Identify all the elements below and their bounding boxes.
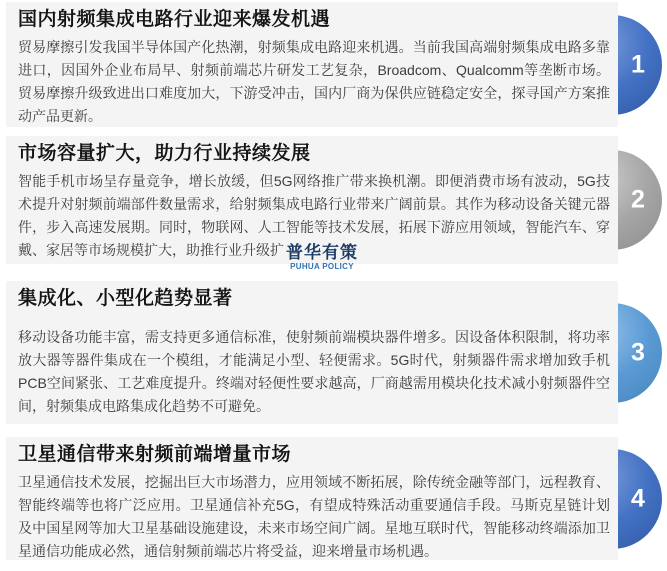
section-3-body: 移动设备功能丰富，需支持更多通信标准，使射频前端模块器件增多。因设备体积限制，将… [12, 326, 612, 418]
section-1-body: 贸易摩擦引发我国半导体国产化热潮，射频集成电路迎来机遇。当前我国高端射频集成电路… [12, 36, 612, 128]
section-1-number: 1 [631, 50, 645, 79]
section-2-body: 智能手机市场呈存量竞争，增长放缓，但5G网络推广带来换机潮。即便消费市场有波动，… [12, 170, 612, 271]
section-1-title: 国内射频集成电路行业迎来爆发机遇 [12, 6, 612, 33]
section-4-body: 卫星通信技术发展，挖掘出巨大市场潜力，应用领域不断拓展，除传统金融等部门，远程教… [12, 471, 612, 563]
section-3: 3 集成化、小型化趋势显著 移动设备功能丰富，需支持更多通信标准，使射频前端模块… [6, 281, 667, 424]
section-3-card: 集成化、小型化趋势显著 移动设备功能丰富，需支持更多通信标准，使射频前端模块器件… [6, 281, 618, 424]
section-2: 2 市场容量扩大，助力行业持续发展 智能手机市场呈存量竞争，增长放缓，但5G网络… [6, 136, 667, 264]
section-1-card: 国内射频集成电路行业迎来爆发机遇 贸易摩擦引发我国半导体国产化热潮，射频集成电路… [6, 2, 618, 127]
puhua-policy-logo: 普华有策PUHUA POLICY [286, 244, 358, 271]
logo-english-text: PUHUA POLICY [286, 263, 358, 271]
section-1: 1 国内射频集成电路行业迎来爆发机遇 贸易摩擦引发我国半导体国产化热潮，射频集成… [6, 2, 667, 127]
section-4-card: 卫星通信带来射频前端增量市场 卫星通信技术发展，挖掘出巨大市场潜力，应用领域不断… [6, 437, 618, 560]
section-2-card: 市场容量扩大，助力行业持续发展 智能手机市场呈存量竞争，增长放缓，但5G网络推广… [6, 136, 618, 264]
section-2-number: 2 [631, 186, 645, 215]
logo-chinese-text: 普华有策 [286, 244, 358, 261]
section-4-title: 卫星通信带来射频前端增量市场 [12, 441, 612, 468]
section-4: 4 卫星通信带来射频前端增量市场 卫星通信技术发展，挖掘出巨大市场潜力，应用领域… [6, 437, 667, 560]
section-3-title: 集成化、小型化趋势显著 [12, 285, 612, 312]
section-2-title: 市场容量扩大，助力行业持续发展 [12, 140, 612, 167]
infographic-page: 1 国内射频集成电路行业迎来爆发机遇 贸易摩擦引发我国半导体国产化热潮，射频集成… [0, 0, 667, 571]
section-3-number: 3 [631, 338, 645, 367]
section-4-number: 4 [631, 484, 645, 513]
